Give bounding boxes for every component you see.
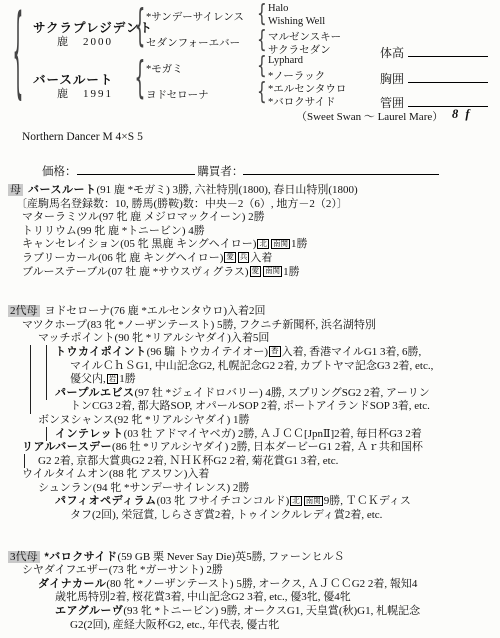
tree-connector-bar xyxy=(30,359,31,374)
measure-girth-blank xyxy=(408,71,488,83)
buyer-blank xyxy=(243,162,439,175)
brace-dd: { xyxy=(257,81,265,105)
record-text: ブルーステーブル(07 牡 鹿 *サウスヴィグラス) xyxy=(22,266,249,278)
brace-ss: { xyxy=(257,3,265,27)
record-text: (03 牝 フサイチコンコルド) xyxy=(157,495,290,507)
generation-label: 2代母 xyxy=(8,305,40,317)
record-line: 3代母*バロクサイド(59 GB 栗 Never Say Die)英5勝, ファ… xyxy=(0,551,500,565)
record-text: 1勝 xyxy=(291,238,308,250)
record-text: (91 鹿 *モガミ) 3勝, 六社特別(1800), 春日山特別(1800) xyxy=(96,184,357,196)
record-text: (86 牡 *リアルシヤダイ) 2勝, 日本ダービーG1 2着, Ａｒ共和国杯 xyxy=(112,441,423,453)
record-line: リアルバースデー(86 牡 *リアルシヤダイ) 2勝, 日本ダービーG1 2着,… xyxy=(0,441,500,455)
record-text: 歳牝馬特別2着, 桜花賞3着, 中山記念G2 3着, etc., 優3牝, 優4… xyxy=(55,591,351,603)
record-text: (97 牡 *ジェイドロバリー) 4勝, スプリングSG2 2着, アーリン xyxy=(135,387,430,399)
measure-height: 体高 xyxy=(380,44,488,61)
record-text: ヨドセローナ(76 鹿 *エルセンタウロ)入着2回 xyxy=(45,305,266,317)
record-line: トリリウム(99 牝 鹿 *トニービン) 4勝 xyxy=(0,225,500,239)
measure-girth: 胸囲 xyxy=(380,70,488,87)
brace-sd: { xyxy=(257,29,265,53)
record-text: トリリウム(99 牝 鹿 *トニービン) 4勝 xyxy=(22,225,205,237)
horse-name-bold: パープルエビス xyxy=(55,387,135,399)
record-text: G2(2回), 産経大阪杯G2, etc., 年代表, 優古牝 xyxy=(70,619,279,631)
sire-dam: セダンフォーエバー xyxy=(146,35,240,50)
brace-dam: { xyxy=(135,58,144,102)
record-line: ダイナカール(80 牝 *ノーザンテースト) 5勝, オークス, ＡＪＣＣG2 … xyxy=(0,578,500,592)
measure-girth-label: 胸囲 xyxy=(380,72,404,86)
record-line: 〔産駒馬名登録数：10, 勝馬(勝鞍)数：中央－2（6）, 地方－2（2）〕 xyxy=(0,198,500,212)
region-badge: 香 xyxy=(269,346,281,357)
tree-connector-bar xyxy=(46,345,47,360)
inbreeding-note: Northern Dancer M 4×S 5 xyxy=(22,130,500,144)
record-line: インテレット(03 牡 アドマイヤベガ) 2勝, ＡＪＣＣ[JpnⅡ]2着, 毎… xyxy=(0,428,500,442)
record-text: シヤダイフエザー(73 牝 *ガーサント) 2勝 xyxy=(22,564,223,576)
record-line: ウイルタイムオン(88 牝 アスワン)入着 xyxy=(0,468,500,482)
record-text: (93 牝 *トニービン) 9勝, オークスG1, 天皇賞(秋)G1, 札幌記念 xyxy=(123,605,420,617)
record-line: マツクホープ(83 牝 *ノーザンテースト) 5勝, フクニチ新聞杯, 浜名湖特… xyxy=(0,319,500,333)
race-record-lines: 母バースルート(91 鹿 *モガミ) 3勝, 六社特別(1800), 春日山特別… xyxy=(0,184,500,632)
region-badge: 南関 xyxy=(271,239,290,250)
pedigree-chart: { { { { { { { サクラプレジデント 鹿 2000 バースルート 鹿 … xyxy=(0,0,500,126)
region-badge: 南関 xyxy=(263,266,282,277)
horse-name-bold: ダイナカール xyxy=(38,578,106,590)
family-line: （Sweet Swan ～ Laurel Mare） xyxy=(296,108,443,124)
record-line: キャンセレイション(05 牝 黒鹿 キングヘイロー)北南関1勝 xyxy=(0,238,500,252)
tree-connector-bar xyxy=(46,386,47,401)
record-line: エアグルーヴ(93 牝 *トニービン) 9勝, オークスG1, 天皇賞(秋)G1… xyxy=(0,605,500,619)
record-text: タフ(2回), 栄冠賞, しらさぎ賞2着, トゥインクルレディ賞2着, etc. xyxy=(70,509,382,521)
record-line: タフ(2回), 栄冠賞, しらさぎ賞2着, トゥインクルレディ賞2着, etc. xyxy=(0,509,500,523)
record-line: シュンラン(94 牝 *サンデーサイレンス) 2勝 xyxy=(0,482,500,496)
region-badge: 北 xyxy=(257,239,269,250)
horse-name-bold: リアルバースデー xyxy=(22,441,112,453)
tree-connector-bar xyxy=(30,399,31,414)
dam-sire: *モガミ xyxy=(146,61,183,76)
record-text: (59 GB 栗 Never Say Die)英5勝, ファーンヒルＳ xyxy=(118,551,345,563)
record-text: (96 騸 トウカイテイオー) xyxy=(147,346,268,358)
record-text: キャンセレイション(05 牝 黒鹿 キングヘイロー) xyxy=(22,238,256,250)
dam-coat-year: 鹿 1991 xyxy=(57,85,113,101)
price-blank xyxy=(77,162,195,175)
tree-connector-bar xyxy=(30,386,31,401)
record-line: トウカイポイント(96 騸 トウカイテイオー)香入着, 香港マイルG1 3着, … xyxy=(0,346,500,360)
horse-name-bold: エアグルーヴ xyxy=(55,605,123,617)
buyer-label: 購買者： xyxy=(197,166,243,178)
record-text: ラブリーカール(06 牝 鹿 キングヘイロー) xyxy=(22,252,223,264)
brace-root: { xyxy=(13,7,22,106)
region-badge: 南関 xyxy=(304,496,323,507)
record-line: シヤダイフエザー(73 牝 *ガーサント) 2勝 xyxy=(0,564,500,578)
tree-connector-bar xyxy=(30,345,31,360)
generation-label: 母 xyxy=(8,184,23,196)
tree-connector-bar xyxy=(46,427,47,442)
region-badge: 兵 xyxy=(238,252,250,263)
catalog-page: { { { { { { { サクラプレジデント 鹿 2000 バースルート 鹿 … xyxy=(0,0,500,638)
record-text: ウイルタイムオン(88 牝 アスワン)入着 xyxy=(22,468,209,480)
record-text: マッチポイント(90 牝 *リアルシヤダイ)入着5回 xyxy=(38,332,269,344)
record-line: 2代母ヨドセローナ(76 鹿 *エルセンタウロ)入着2回 xyxy=(0,305,500,319)
record-line: パフィオペディラム(03 牝 フサイチコンコルド)北南関9勝, ＴＣＫディス xyxy=(0,495,500,509)
generation-label: 3代母 xyxy=(8,551,40,563)
sire-coat-year: 鹿 2000 xyxy=(57,33,113,49)
record-text: 1勝 xyxy=(283,266,300,278)
record-text: 〔産駒馬名登録数：10, 勝馬(勝鞍)数：中央－2（6）, 地方－2（2）〕 xyxy=(16,198,348,210)
family-number: 8 f xyxy=(452,107,472,122)
record-line: マターラミツル(97 牝 鹿 メジロマックイーン) 2勝 xyxy=(0,211,500,225)
record-line: G2(2回), 産経大阪杯G2, etc., 年代表, 優古牝 xyxy=(0,619,500,633)
measure-height-label: 体高 xyxy=(380,46,404,60)
gp-ss-d: Wishing Well xyxy=(268,16,325,27)
record-line: 母バースルート(91 鹿 *モガミ) 3勝, 六社特別(1800), 春日山特別… xyxy=(0,184,500,198)
region-badge: 愛 xyxy=(250,266,262,277)
record-text: シュンラン(94 牝 *サンデーサイレンス) 2勝 xyxy=(38,482,249,494)
tree-connector-bar xyxy=(24,454,25,469)
record-text: (03 牡 アドマイヤベガ) 2勝, ＡＪＣＣ[JpnⅡ]2着, 毎日杯G3 2… xyxy=(124,428,422,440)
record-text: マイルＣｈＳG1, 中山記念G2, 札幌記念G2 2着, カブトヤマ記念G3 2… xyxy=(70,360,433,372)
record-line: パープルエビス(97 牡 *ジェイドロバリー) 4勝, スプリングSG2 2着,… xyxy=(0,387,500,401)
record-line: ボンヌシャンス(92 牝 *リアルシヤダイ) 1勝 xyxy=(0,414,500,428)
tree-connector-bar xyxy=(30,372,31,387)
region-badge: 岩 xyxy=(107,374,119,385)
record-text: 入着, 香港マイルG1 3着, 6勝, xyxy=(282,346,422,358)
record-line: 歳牝馬特別2着, 桜花賞3着, 中山記念G2 3着, etc., 優3牝, 優4… xyxy=(0,591,500,605)
record-line: 優父内,岩1勝 xyxy=(0,373,500,387)
record-line: ブルーステーブル(07 牡 鹿 *サウスヴィグラス)愛南関1勝 xyxy=(0,266,500,280)
tree-connector-bar xyxy=(46,359,47,374)
region-badge: 愛 xyxy=(224,252,236,263)
measure-cannon-blank xyxy=(408,95,488,107)
record-text: 9勝, ＴＣＫディス xyxy=(324,495,411,507)
record-text: 優父内, xyxy=(70,373,106,385)
horse-name-bold: バースルート xyxy=(28,184,96,196)
record-text: ボンヌシャンス(92 牝 *リアルシヤダイ) 1勝 xyxy=(38,414,250,426)
brace-ds: { xyxy=(257,55,265,79)
horse-name-bold: トウカイポイント xyxy=(55,346,147,358)
record-text: (80 牝 *ノーザンテースト) 5勝, オークス, ＡＪＣＣG2 2着, 報知… xyxy=(106,578,417,590)
record-line: ラブリーカール(06 牝 鹿 キングヘイロー)愛兵入着 xyxy=(0,252,500,266)
record-text: トンCG3 2着, 都大路SOP, オパールSOP 2着, ポートアイランドSO… xyxy=(70,400,430,412)
horse-name-bold: *バロクサイド xyxy=(45,551,118,563)
record-text: 1勝 xyxy=(119,373,136,385)
gp-ds-s: Lyphard xyxy=(268,55,303,66)
record-text: G2 2着, 京都大賞典G2 2着, ＮＨＫ杯G2 2着, 菊花賞G1 3着, … xyxy=(38,455,338,467)
tree-connector-bar xyxy=(46,372,47,387)
record-line: マイルＣｈＳG1, 中山記念G2, 札幌記念G2 2着, カブトヤマ記念G3 2… xyxy=(0,360,500,374)
record-line: マッチポイント(90 牝 *リアルシヤダイ)入着5回 xyxy=(0,332,500,346)
record-line: G2 2着, 京都大賞典G2 2着, ＮＨＫ杯G2 2着, 菊花賞G1 3着, … xyxy=(0,455,500,469)
horse-name-bold: インテレット xyxy=(55,428,124,440)
record-line: トンCG3 2着, 都大路SOP, オパールSOP 2着, ポートアイランドSO… xyxy=(0,400,500,414)
price-row: 価格： 購買者： xyxy=(42,162,500,180)
price-label: 価格： xyxy=(42,166,77,178)
sire-sire: *サンデーサイレンス xyxy=(146,9,244,24)
record-text: マターラミツル(97 牝 鹿 メジロマックイーン) 2勝 xyxy=(22,211,265,223)
record-text: 入着 xyxy=(250,252,272,264)
record-text: マツクホープ(83 牝 *ノーザンテースト) 5勝, フクニチ新聞杯, 浜名湖特… xyxy=(22,319,376,331)
dam-dam: ヨドセローナ xyxy=(146,87,209,102)
region-badge: 北 xyxy=(290,496,302,507)
measure-height-blank xyxy=(408,45,488,57)
gp-ss-s: Halo xyxy=(268,3,288,14)
gp-dd-d: *バロクサイド xyxy=(268,94,336,109)
horse-name-bold: パフィオペディラム xyxy=(55,495,157,507)
